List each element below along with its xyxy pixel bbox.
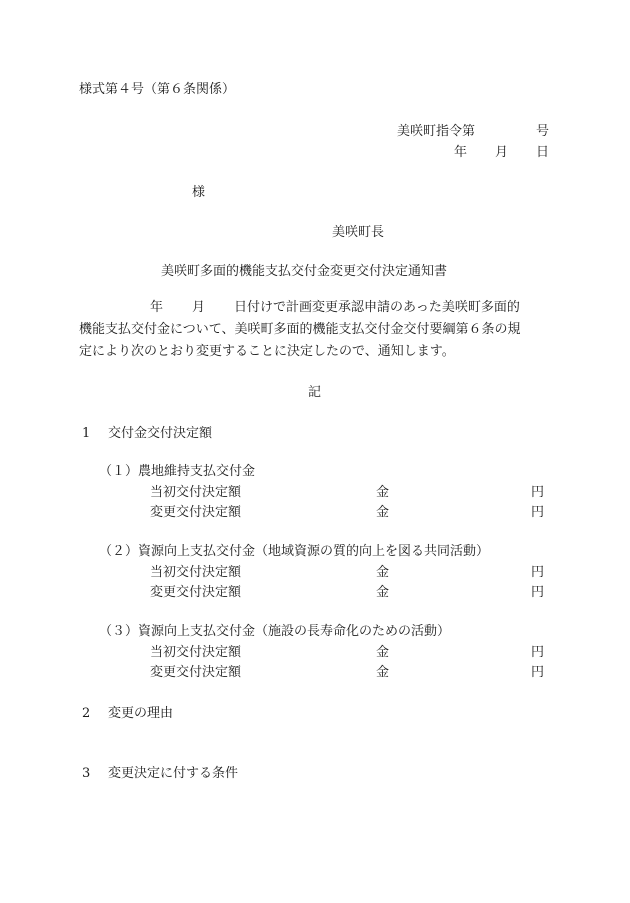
grant-2-initial-label: 当初交付決定額 [150, 566, 241, 579]
body-line-3: 定により次のとおり変更することに決定したので、通知します。 [79, 342, 551, 364]
section-2-title: 変更の理由 [108, 707, 173, 720]
ki-heading: 記 [308, 386, 321, 399]
grant-1-changed-prefix: 金 [376, 506, 389, 519]
section-3-number: 3 [82, 767, 90, 780]
grant-2-label: （２）資源向上支払交付金（地域資源の質的向上を図る共同活動） [99, 545, 489, 558]
grant-2-changed-unit: 円 [531, 586, 544, 599]
body-date-year: 年 [150, 300, 163, 315]
document-title: 美咲町多面的機能支払交付金変更交付決定通知書 [161, 265, 447, 278]
section-1-number: 1 [82, 427, 90, 440]
grant-3-changed-unit: 円 [531, 666, 544, 679]
directive-number-prefix: 美咲町指令第 [397, 125, 475, 138]
body-date-month: 月 [192, 300, 205, 315]
grant-1-initial-label: 当初交付決定額 [150, 486, 241, 499]
date-day: 日 [536, 146, 549, 159]
section-3-title: 変更決定に付する条件 [108, 767, 238, 780]
directive-number-suffix: 号 [536, 125, 549, 138]
body-line-1: 年月日付けで計画変更承認申請のあった美咲町多面的 [79, 298, 551, 320]
grant-3-initial-prefix: 金 [376, 646, 389, 659]
grant-1-initial-unit: 円 [531, 486, 544, 499]
grant-2-changed-prefix: 金 [376, 586, 389, 599]
section-1-title: 交付金交付決定額 [108, 427, 212, 440]
date-month: 月 [495, 146, 508, 159]
grant-3-initial-label: 当初交付決定額 [150, 646, 241, 659]
body-line-1-text: 日付けで計画変更承認申請のあった美咲町多面的 [234, 300, 520, 315]
body-paragraph: 年月日付けで計画変更承認申請のあった美咲町多面的 機能支払交付金について、美咲町… [79, 298, 551, 364]
grant-2-changed-label: 変更交付決定額 [150, 586, 241, 599]
section-2-number: 2 [82, 707, 90, 720]
grant-1-changed-unit: 円 [531, 506, 544, 519]
grant-3-label: （３）資源向上支払交付金（施設の長寿命化のための活動） [99, 625, 450, 638]
grant-3-initial-unit: 円 [531, 646, 544, 659]
issuer: 美咲町長 [332, 226, 384, 239]
form-label: 様式第４号（第６条関係） [79, 83, 235, 96]
grant-2-initial-prefix: 金 [376, 566, 389, 579]
addressee-suffix: 様 [192, 186, 205, 199]
grant-3-changed-label: 変更交付決定額 [150, 666, 241, 679]
grant-1-label: （１）農地維持支払交付金 [99, 465, 255, 478]
date-year: 年 [454, 146, 467, 159]
grant-1-initial-prefix: 金 [376, 486, 389, 499]
grant-2-initial-unit: 円 [531, 566, 544, 579]
grant-1-changed-label: 変更交付決定額 [150, 506, 241, 519]
grant-3-changed-prefix: 金 [376, 666, 389, 679]
body-line-2: 機能支払交付金について、美咲町多面的機能支払交付金交付要綱第６条の規 [79, 320, 551, 342]
